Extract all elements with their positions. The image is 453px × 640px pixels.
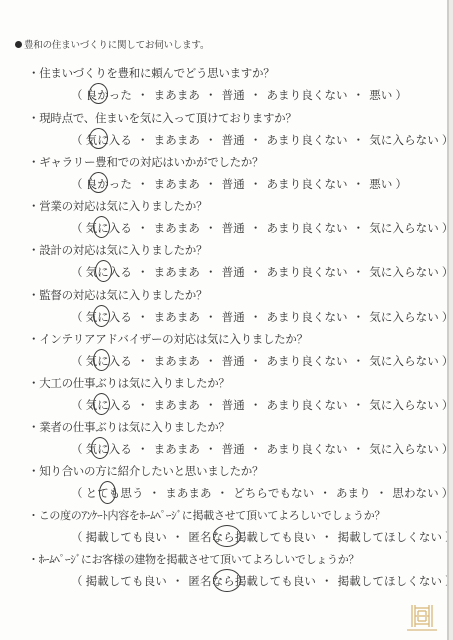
answer-row-11: （掲載しても良い・匿名なら掲載しても良い・掲載してほしくない） bbox=[68, 529, 453, 545]
option-selected[interactable]: 気に入る bbox=[86, 398, 132, 412]
option[interactable]: 気に入らない bbox=[369, 354, 439, 368]
answer-row-9: （気に入る・まあまあ・普通・あまり良くない・気に入らない） bbox=[68, 441, 453, 457]
section-heading: 豊和の住まいづくりに関してお伺いします。 bbox=[15, 37, 209, 51]
question-11: ・この度のｱﾝｹｰﾄ内容をﾎｰﾑﾍﾟｰｼﾞに掲載させて頂いてよろしいでしょうか？ bbox=[28, 507, 385, 523]
option[interactable]: まあまあ bbox=[154, 133, 200, 147]
option[interactable]: 普通 bbox=[222, 88, 245, 102]
option[interactable]: 掲載してほしくない bbox=[338, 574, 442, 588]
option-selected[interactable]: 良かった bbox=[86, 177, 132, 191]
option[interactable]: まあまあ bbox=[154, 442, 200, 456]
option[interactable]: あまり bbox=[336, 486, 371, 500]
answer-row-2: （気に入る・まあまあ・普通・あまり良くない・気に入らない） bbox=[68, 132, 453, 148]
option[interactable]: 普通 bbox=[222, 177, 245, 191]
option[interactable]: あまり良くない bbox=[266, 88, 347, 102]
question-8: ・大工の仕事ぶりは気に入りましたか？ bbox=[28, 375, 230, 391]
option[interactable]: 掲載しても良い bbox=[86, 530, 167, 544]
option[interactable]: 普通 bbox=[222, 221, 245, 235]
option[interactable]: まあまあ bbox=[154, 177, 200, 191]
question-10: ・知り合いの方に紹介したいと思いましたか？ bbox=[28, 463, 263, 479]
option[interactable]: まあまあ bbox=[154, 221, 200, 235]
option[interactable]: あまり良くない bbox=[266, 133, 347, 147]
option[interactable]: 気に入らない bbox=[369, 133, 439, 147]
question-9: ・業者の仕事ぶりは気に入りましたか？ bbox=[28, 419, 230, 435]
logo-caption bbox=[407, 629, 437, 631]
bullet-icon bbox=[15, 41, 22, 48]
option-selected[interactable]: 気に入る bbox=[86, 221, 132, 235]
question-4: ・営業の対応は気に入りましたか？ bbox=[28, 198, 207, 214]
answer-row-4: （気に入る・まあまあ・普通・あまり良くない・気に入らない） bbox=[68, 220, 453, 236]
option[interactable]: 普通 bbox=[222, 310, 245, 324]
option-selected[interactable]: とても思う bbox=[86, 486, 144, 500]
option[interactable]: どちらでもない bbox=[233, 486, 314, 500]
option[interactable]: 気に入らない bbox=[369, 442, 439, 456]
answer-row-6: （気に入る・まあまあ・普通・あまり良くない・気に入らない） bbox=[68, 309, 453, 325]
question-3: ・ギャラリー豊和での対応はいかがでしたか？ bbox=[28, 154, 263, 170]
answer-row-12: （掲載しても良い・匿名なら掲載しても良い・掲載してほしくない） bbox=[68, 573, 453, 589]
option[interactable]: 普通 bbox=[222, 398, 245, 412]
option[interactable]: 掲載しても良い bbox=[86, 574, 167, 588]
option[interactable]: あまり良くない bbox=[266, 221, 347, 235]
question-2: ・現時点で、住まいを気に入って頂けておりますか？ bbox=[28, 110, 297, 126]
option[interactable]: まあまあ bbox=[154, 310, 200, 324]
option[interactable]: 普通 bbox=[222, 265, 245, 279]
answer-row-10: （とても思う・まあまあ・どちらでもない・あまり・思わない） bbox=[68, 485, 453, 501]
option[interactable]: あまり良くない bbox=[266, 442, 347, 456]
option-selected[interactable]: 気に入る bbox=[86, 354, 132, 368]
answer-row-8: （気に入る・まあまあ・普通・あまり良くない・気に入らない） bbox=[68, 397, 453, 413]
houwa-logo-icon bbox=[410, 604, 434, 628]
option[interactable]: まあまあ bbox=[165, 486, 211, 500]
option[interactable]: 気に入らない bbox=[369, 398, 439, 412]
section-heading-text: 豊和の住まいづくりに関してお伺いします。 bbox=[24, 40, 209, 51]
page-shadow bbox=[449, 0, 453, 640]
answer-row-7: （気に入る・まあまあ・普通・あまり良くない・気に入らない） bbox=[68, 353, 453, 369]
survey-page: 豊和の住まいづくりに関してお伺いします。 ・住まいづくりを豊和に頼んでどう思いま… bbox=[0, 0, 447, 640]
question-5: ・設計の対応は気に入りましたか？ bbox=[28, 242, 207, 258]
answer-row-5: （気に入る・まあまあ・普通・あまり良くない・気に入らない） bbox=[68, 264, 453, 280]
option[interactable]: 普通 bbox=[222, 354, 245, 368]
option[interactable]: まあまあ bbox=[154, 265, 200, 279]
option[interactable]: 掲載してほしくない bbox=[338, 530, 442, 544]
option-selected[interactable]: 気に入る bbox=[86, 265, 132, 279]
option-selected[interactable]: 匿名なら掲載しても良い bbox=[188, 530, 316, 544]
option[interactable]: あまり良くない bbox=[266, 398, 347, 412]
option[interactable]: あまり良くない bbox=[266, 265, 347, 279]
option-selected[interactable]: 気に入る bbox=[86, 133, 132, 147]
option[interactable]: まあまあ bbox=[154, 88, 200, 102]
question-6: ・監督の対応は気に入りましたか？ bbox=[28, 287, 207, 303]
option[interactable]: 気に入らない bbox=[369, 221, 439, 235]
option-selected[interactable]: 気に入る bbox=[86, 310, 132, 324]
question-1: ・住まいづくりを豊和に頼んでどう思いますか？ bbox=[28, 65, 274, 81]
answer-row-3: （良かった・まあまあ・普通・あまり良くない・悪い） bbox=[68, 176, 410, 192]
option[interactable]: 思わない bbox=[392, 486, 438, 500]
option[interactable]: 気に入らない bbox=[369, 310, 439, 324]
answer-row-1: （良かった・まあまあ・普通・あまり良くない・悪い） bbox=[68, 87, 410, 103]
option[interactable]: 普通 bbox=[222, 133, 245, 147]
question-7: ・インテリアアドバイザーの対応は気に入りましたか？ bbox=[28, 331, 308, 347]
option-selected[interactable]: 匿名なら掲載しても良い bbox=[188, 574, 316, 588]
option[interactable]: あまり良くない bbox=[266, 177, 347, 191]
option[interactable]: 悪い bbox=[369, 88, 392, 102]
option-selected[interactable]: 良かった bbox=[86, 88, 132, 102]
option-selected[interactable]: 気に入る bbox=[86, 442, 132, 456]
option[interactable]: あまり良くない bbox=[266, 354, 347, 368]
option[interactable]: あまり良くない bbox=[266, 310, 347, 324]
option[interactable]: 気に入らない bbox=[369, 265, 439, 279]
question-12: ・ﾎｰﾑﾍﾟｰｼﾞにお客様の建物を掲載させて頂いてよろしいでしょうか？ bbox=[28, 551, 359, 567]
option[interactable]: まあまあ bbox=[154, 354, 200, 368]
option[interactable]: 悪い bbox=[369, 177, 392, 191]
option[interactable]: 普通 bbox=[222, 442, 245, 456]
option[interactable]: まあまあ bbox=[154, 398, 200, 412]
